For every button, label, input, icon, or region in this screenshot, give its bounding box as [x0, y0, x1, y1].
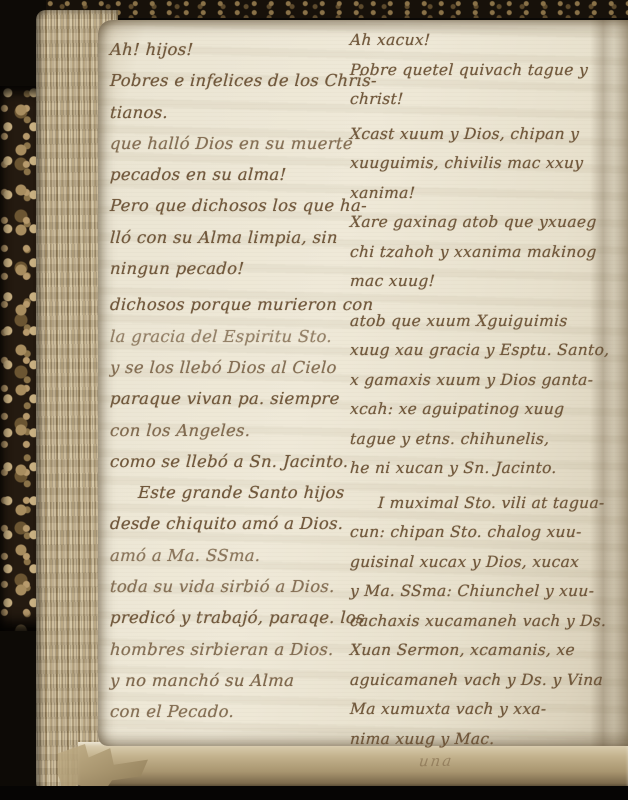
manuscript-photo: una Ah! hijos! Pobres e infelices de los… [0, 0, 628, 800]
handwritten-line: cun: chipan Sto. chalog xuu- [349, 518, 627, 548]
line-text: como se llebó a Sn. Jacinto. [110, 452, 350, 471]
line-text: chi tzahoh y xxanima makinog [350, 243, 597, 261]
handwritten-line: nima xuug y Mac. [349, 725, 627, 755]
handwritten-line: y no manchó su Alma [109, 665, 359, 696]
handwritten-line: amó a Ma. SSma. [109, 540, 359, 571]
line-text: Ah! hijos! [110, 40, 194, 59]
handwritten-line: y Ma. SSma: Chiunchel y xuu- [349, 577, 627, 607]
handwritten-line: predicó y trabajó, paraqe. los [109, 602, 359, 633]
line-text: Pero que dichosos los que ha- [110, 196, 368, 215]
handwritten-line: x gamaxis xuum y Dios ganta- [349, 366, 627, 396]
handwritten-line: Pobre quetel quivach tague y [349, 56, 627, 86]
line-text: con los Angeles. [110, 421, 251, 440]
handwritten-line: hombres sirbieran a Dios. [109, 634, 359, 665]
line-text: dichosos porque murieron con [110, 295, 374, 314]
manuscript-page: Ah! hijos! Pobres e infelices de los Chr… [98, 20, 628, 746]
handwritten-line: ningun pecado! [109, 253, 359, 284]
line-text: nima xuug y Mac. [350, 730, 496, 748]
line-text: mac xuug! [350, 272, 436, 290]
handwritten-line: Pero que dichosos los que ha- [109, 190, 359, 221]
line-text: desde chiquito amó a Dios. [110, 514, 344, 533]
handwritten-line: Xare gaxinag atob que yxuaeg [349, 208, 627, 238]
line-text: guisinal xucax y Dios, xucax [350, 553, 580, 571]
line-text: lló con su Alma limpia, sin [110, 228, 339, 247]
line-text: Xcast xuum y Dios, chipan y [350, 125, 580, 143]
handwritten-line: Este grande Santo hijos [109, 477, 359, 508]
line-text: Ma xumuxta vach y xxa- [350, 700, 547, 718]
handwritten-line: mac xuug! [349, 267, 627, 297]
line-text: hombres sirbieran a Dios. [110, 640, 335, 659]
line-text: xcah: xe aguipatinog xuug [350, 400, 565, 418]
line-text: predicó y trabajó, paraqe. los [110, 608, 366, 627]
handwritten-line: Ah xacux! [349, 26, 627, 56]
text-column-mayan: Ah xacux! Pobre quetel quivach tague y c… [350, 26, 626, 754]
line-text: pecados en su alma! [110, 165, 288, 184]
handwritten-line: xuug xau gracia y Esptu. Santo, [349, 336, 627, 366]
handwritten-line: la gracia del Espiritu Sto. [109, 321, 359, 352]
line-text: x gamaxis xuum y Dios ganta- [350, 371, 594, 389]
handwritten-line: atob que xuum Xguiguimis [349, 307, 627, 337]
handwritten-line: con el Pecado. [109, 696, 359, 727]
line-text: Ah xacux! [350, 31, 431, 49]
handwritten-line: chi tzahoh y xxanima makinog [349, 238, 627, 268]
handwritten-line: que halló Dios en su muerte [109, 128, 359, 159]
line-text: tague y etns. chihunelis, [350, 430, 550, 448]
line-text: y Ma. SSma: Chiunchel y xuu- [350, 582, 595, 600]
line-text: y se los llebó Dios al Cielo [110, 358, 338, 377]
line-text: amó a Ma. SSma. [110, 546, 262, 565]
line-text: christ! [350, 90, 404, 108]
handwritten-line: tague y etns. chihunelis, [349, 425, 627, 455]
line-text: cachaxis xucamaneh vach y Ds. [350, 612, 607, 630]
line-text: la gracia del Espiritu Sto. [110, 327, 333, 346]
handwritten-line: lló con su Alma limpia, sin [109, 222, 359, 253]
handwritten-line: dichosos porque murieron con [109, 289, 359, 320]
handwritten-line: xcah: xe aguipatinog xuug [349, 395, 627, 425]
handwritten-line: I muximal Sto. vili at tagua- [349, 489, 627, 519]
line-text: y no manchó su Alma [110, 671, 295, 690]
line-text: I muximal Sto. vili at tagua- [378, 494, 605, 512]
line-text: atob que xuum Xguiguimis [350, 312, 569, 330]
handwritten-line: paraque vivan pa. siempre [109, 383, 359, 414]
handwritten-line: cachaxis xucamaneh vach y Ds. [349, 607, 627, 637]
photo-background-bottom [0, 786, 628, 800]
page-curvature-shadow [590, 20, 614, 746]
handwritten-line: como se llebó a Sn. Jacinto. [109, 446, 359, 477]
top-cover-edge [46, 0, 628, 18]
line-text: con el Pecado. [110, 702, 235, 721]
handwritten-line: aguicamaneh vach y Ds. y Vina [349, 666, 627, 696]
line-text: ningun pecado! [110, 259, 245, 278]
handwritten-line: Xcast xuum y Dios, chipan y [349, 120, 627, 150]
line-text: xuug xau gracia y Esptu. Santo, [350, 341, 610, 359]
line-text: toda su vida sirbió a Dios. [110, 577, 336, 596]
handwritten-line: guisinal xucax y Dios, xucax [349, 548, 627, 578]
handwritten-line: desde chiquito amó a Dios. [109, 508, 359, 539]
handwritten-line: christ! [349, 85, 627, 115]
line-text: aguicamaneh vach y Ds. y Vina [350, 671, 604, 689]
line-text: tianos. [110, 103, 169, 122]
handwritten-line: Ma xumuxta vach y xxa- [349, 695, 627, 725]
handwritten-line: toda su vida sirbió a Dios. [109, 571, 359, 602]
line-text: xuuguimis, chivilis mac xxuy [350, 154, 584, 172]
line-text: cun: chipan Sto. chalog xuu- [350, 523, 583, 541]
handwritten-line: he ni xucan y Sn. Jacinto. [349, 454, 627, 484]
handwritten-line: tianos. [109, 97, 359, 128]
text-column-spanish: Ah! hijos! Pobres e infelices de los Chr… [110, 34, 358, 728]
handwritten-line: xanima! [349, 179, 627, 209]
line-text: Este grande Santo hijos [138, 483, 346, 502]
handwritten-line: Pobres e infelices de los Chris- [109, 65, 359, 96]
line-text: xanima! [350, 184, 416, 202]
line-text: que halló Dios en su muerte [110, 134, 354, 153]
handwritten-line: con los Angeles. [109, 415, 359, 446]
handwritten-line: xuuguimis, chivilis mac xxuy [349, 149, 627, 179]
handwritten-line: pecados en su alma! [109, 159, 359, 190]
line-text: he ni xucan y Sn. Jacinto. [350, 459, 558, 477]
line-text: Pobres e infelices de los Chris- [110, 71, 378, 90]
handwritten-line: Ah! hijos! [109, 34, 359, 65]
handwritten-line: Xuan Sermon, xcamanis, xe [349, 636, 627, 666]
line-text: Xare gaxinag atob que yxuaeg [350, 213, 598, 231]
line-text: paraque vivan pa. siempre [110, 389, 341, 408]
line-text: Pobre quetel quivach tague y [350, 61, 589, 79]
handwritten-line: y se los llebó Dios al Cielo [109, 352, 359, 383]
line-text: Xuan Sermon, xcamanis, xe [350, 641, 576, 659]
